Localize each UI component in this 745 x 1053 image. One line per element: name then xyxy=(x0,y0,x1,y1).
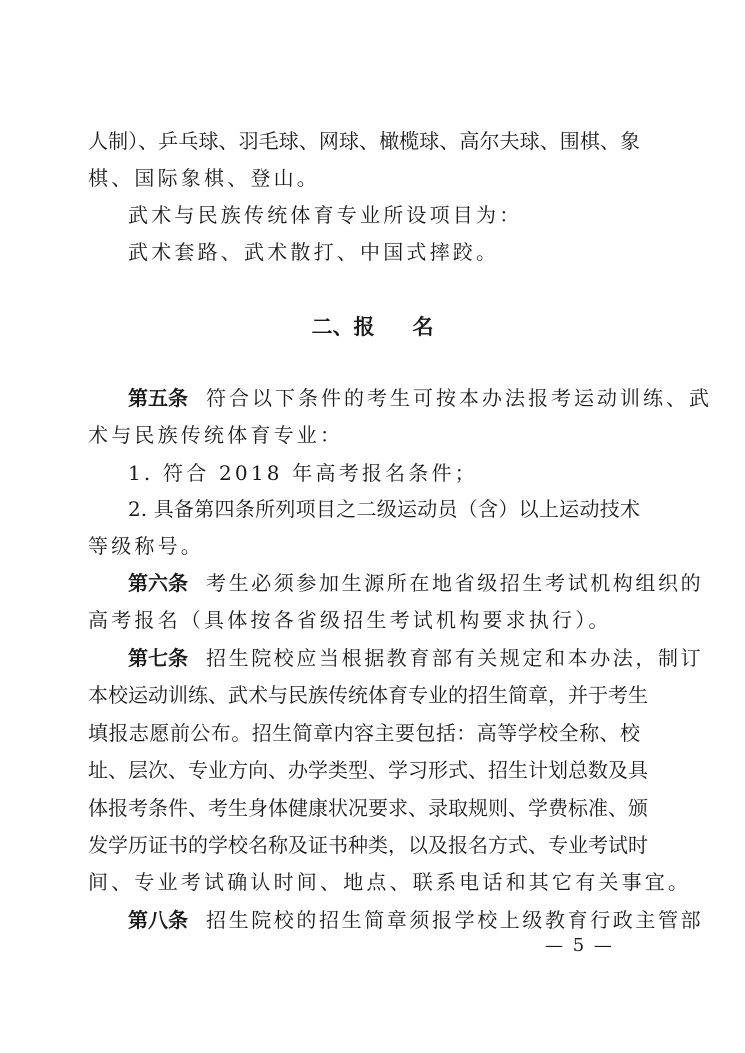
article-label: 第五条 xyxy=(128,386,188,410)
article-7: 第七条招生院校应当根据教育部有关规定和本办法，制订 xyxy=(128,646,640,670)
section-heading-part1: 二、报 xyxy=(312,315,375,339)
article-text: 考生必须参加生源所在地省级招生考试机构组织的 xyxy=(206,571,703,595)
section-heading-part2: 名 xyxy=(413,315,434,339)
document-page: 人制）、乒乓球、羽毛球、网球、橄榄球、高尔夫球、围棋、象 棋、国际象棋、登山。 … xyxy=(0,0,745,1053)
article-text: 招生院校应当根据教育部有关规定和本办法，制订 xyxy=(206,646,703,670)
article-text: 招生院校的招生简章须报学校上级教育行政主管部 xyxy=(206,908,703,932)
article-label: 第七条 xyxy=(128,646,188,670)
text-line: 体报考条件、考生身体健康状况要求、录取规则、学费标准、颁 xyxy=(88,796,640,820)
text-line: 址、层次、专业方向、办学类型、学习形式、招生计划总数及具 xyxy=(88,758,640,782)
article-text: 符合以下条件的考生可按本办法报考运动训练、武 xyxy=(206,386,712,410)
text-line: 间、专业考试确认时间、地点、联系电话和其它有关事宜。 xyxy=(88,870,640,894)
text-line: 术与民族传统体育专业： xyxy=(88,423,640,447)
list-item: 1. 符合 2018 年高考报名条件； xyxy=(128,461,640,485)
article-label: 第六条 xyxy=(128,571,188,595)
text-line: 武术套路、武术散打、中国式摔跤。 xyxy=(128,240,640,264)
page-number: — 5 — xyxy=(545,935,614,956)
text-line: 武术与民族传统体育专业所设项目为： xyxy=(128,203,640,227)
section-heading: 二、报名 xyxy=(0,311,745,341)
article-8: 第八条招生院校的招生简章须报学校上级教育行政主管部 xyxy=(128,908,640,932)
text-line: 发学历证书的学校名称及证书种类，以及报名方式、专业考试时 xyxy=(88,833,640,857)
article-label: 第八条 xyxy=(128,908,188,932)
text-line: 棋、国际象棋、登山。 xyxy=(88,166,640,190)
text-line: 填报志愿前公布。招生简章内容主要包括：高等学校全称、校 xyxy=(88,721,640,745)
list-item: 2. 具备第四条所列项目之二级运动员（含）以上运动技术 xyxy=(128,497,640,521)
article-5: 第五条符合以下条件的考生可按本办法报考运动训练、武 xyxy=(128,386,640,410)
text-line: 人制）、乒乓球、羽毛球、网球、橄榄球、高尔夫球、围棋、象 xyxy=(88,129,640,153)
text-line: 本校运动训练、武术与民族传统体育专业的招生简章，并于考生 xyxy=(88,683,640,707)
article-6: 第六条考生必须参加生源所在地省级招生考试机构组织的 xyxy=(128,571,640,595)
text-line: 高考报名（具体按各省级招生考试机构要求执行）。 xyxy=(88,608,640,632)
text-line: 等级称号。 xyxy=(88,534,640,558)
